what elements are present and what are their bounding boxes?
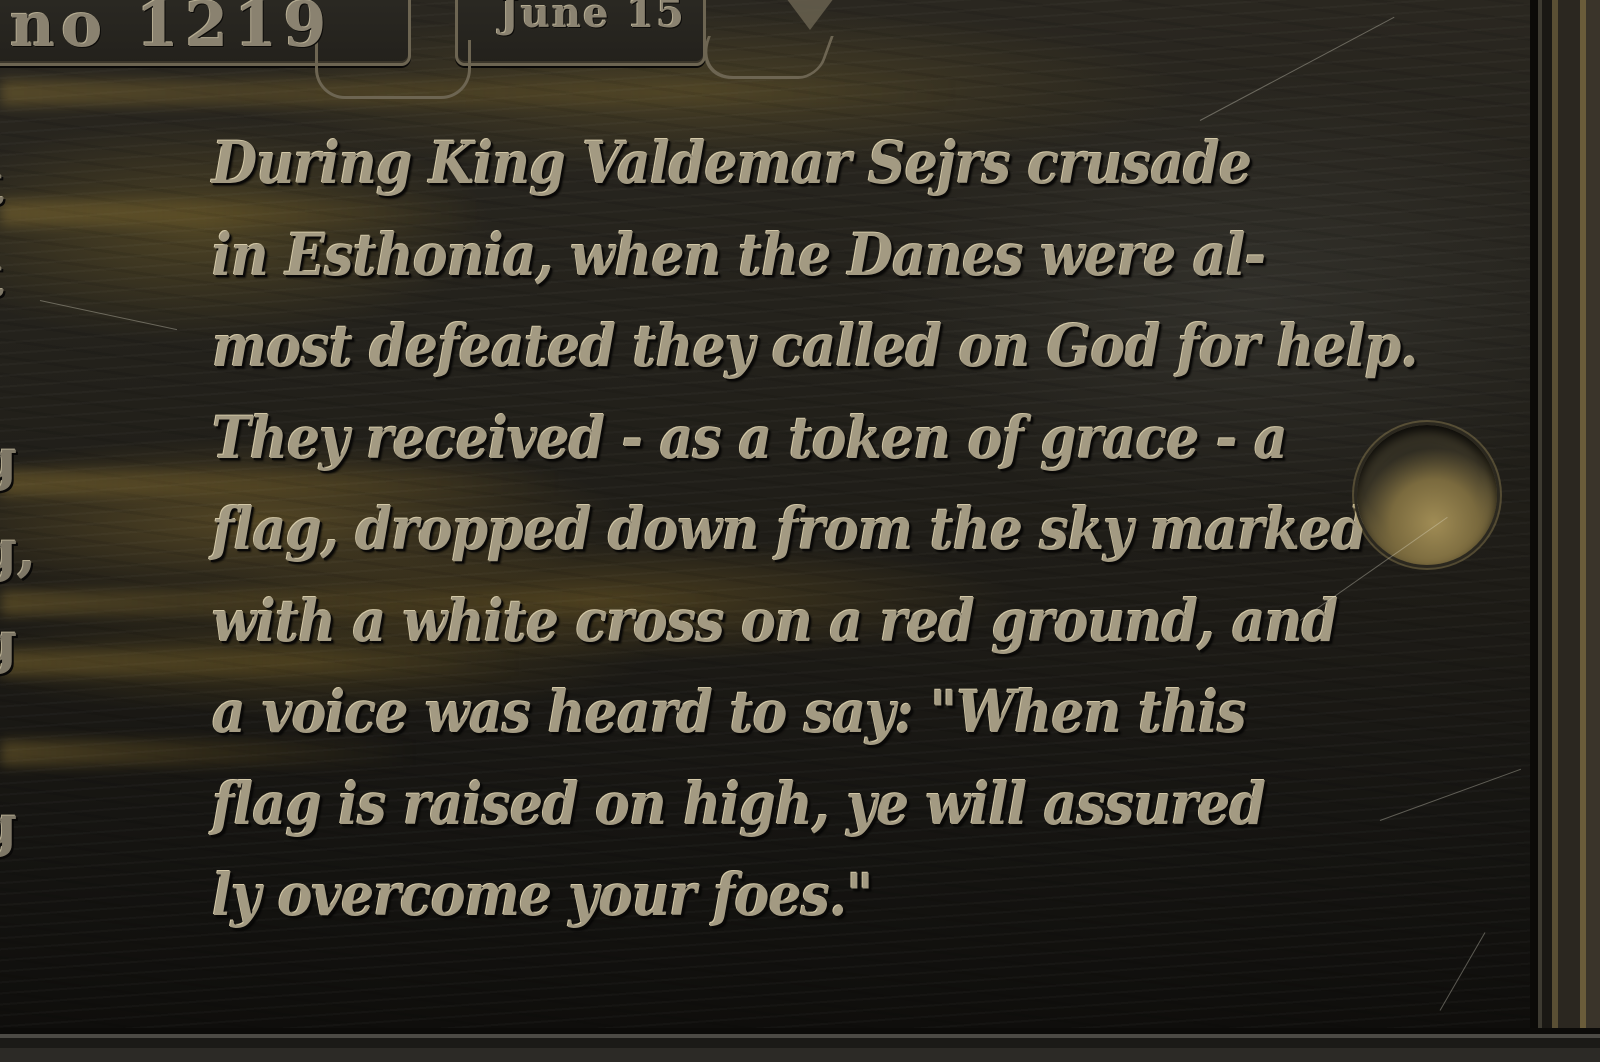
inscription-line: with a white cross on a red ground, and <box>212 576 1238 668</box>
engraved-plaque: no 1219 June 15 t t g g, g g During King… <box>0 0 1600 1062</box>
inscription-line: ly overcome your foes." <box>212 850 1238 942</box>
fragment <box>0 323 37 415</box>
fragment: g <box>0 781 37 873</box>
banner-curl-ornament <box>315 40 471 99</box>
inscription-line: in Esthonia, when the Danes were al- <box>212 210 1238 302</box>
fragment: g <box>0 415 37 507</box>
patina-band <box>0 80 1200 106</box>
left-column-fragments: t t g g, g g <box>0 140 37 872</box>
surface-scratch <box>40 300 177 330</box>
fragment: g <box>0 598 37 690</box>
plaque-frame-right <box>1530 0 1600 1062</box>
inscription-line: flag is raised on high, ye will assured <box>212 759 1238 851</box>
banner-year-text: no 1219 <box>10 0 333 61</box>
inscription-line: a voice was heard to say: "When this <box>212 667 1238 759</box>
surface-scratch <box>1380 769 1521 821</box>
fragment: t <box>0 140 37 232</box>
fragment: t <box>0 232 37 324</box>
surface-scratch <box>1440 932 1486 1010</box>
inscription-line: flag, dropped down from the sky marked <box>212 484 1238 576</box>
fragment <box>0 689 37 781</box>
banner-tail-ornament <box>780 0 840 30</box>
mounting-hole <box>1357 425 1497 565</box>
fragment: g, <box>0 506 37 598</box>
inscription-line: most defeated they called on God for hel… <box>212 301 1238 393</box>
inscription-text: During King Valdemar Sejrs crusade in Es… <box>212 118 1352 942</box>
plaque-frame-bottom <box>0 1028 1600 1062</box>
inscription-line: During King Valdemar Sejrs crusade <box>212 118 1238 210</box>
inscription-line: They received - as a token of grace - a <box>212 393 1238 485</box>
surface-scratch <box>1200 17 1395 121</box>
banner-date-text: June 15 <box>500 0 686 37</box>
banner-curl-ornament <box>692 36 834 79</box>
